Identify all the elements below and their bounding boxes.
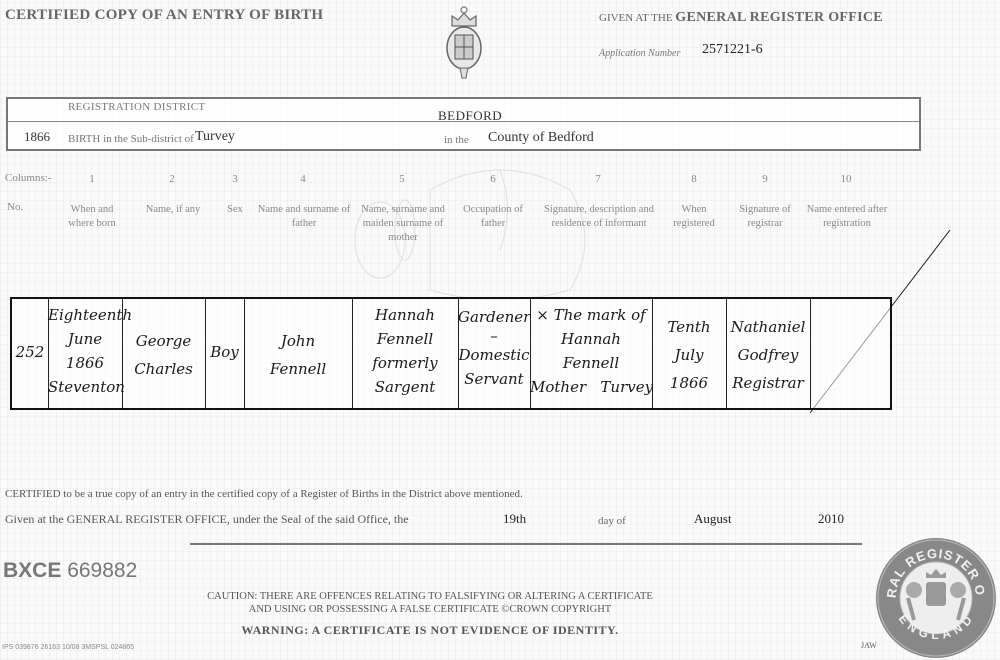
column-header-name-after-registration: Name entered after registration xyxy=(806,203,888,231)
application-number: 2571221-6 xyxy=(702,42,763,58)
entry-father: John Fennell xyxy=(244,327,352,383)
column-header-registrar: Signature of registrar xyxy=(734,203,796,231)
registration-district-label: REGISTRATION DISTRICT xyxy=(68,101,205,113)
informant-first-name: Hannah xyxy=(530,327,652,351)
signature-line xyxy=(190,543,862,545)
father-first-name: John xyxy=(244,327,352,355)
column-number-4: 4 xyxy=(273,173,333,185)
certified-month: August xyxy=(694,511,732,527)
entry-table-row: 252 Eighteenth June 1866 Steventon Georg… xyxy=(10,297,892,410)
caution-line-1: CAUTION: THERE ARE OFFENCES RELATING TO … xyxy=(180,590,680,603)
column-number-6: 6 xyxy=(463,173,523,185)
column-number-9: 9 xyxy=(735,173,795,185)
entry-when-where-born: Eighteenth June 1866 Steventon xyxy=(48,303,122,399)
given-statement: Given at the GENERAL REGISTER OFFICE, un… xyxy=(5,512,409,527)
informant-relation-residence: Mother Turvey xyxy=(530,375,652,399)
column-header-father: Name and surname of father xyxy=(254,203,354,231)
informant-mark: × The mark of xyxy=(530,303,652,327)
entry-name: George Charles xyxy=(122,327,205,383)
occupation-line-3: Servant xyxy=(458,367,530,391)
mother-maiden-name: Sargent xyxy=(352,375,458,399)
registrar-surname: Godfrey xyxy=(726,341,810,369)
given-office: GENERAL REGISTER OFFICE xyxy=(675,10,883,25)
certificate-serial: BXCE 669882 xyxy=(3,559,137,583)
certified-year: 2010 xyxy=(818,511,844,527)
columns-label: Columns:- xyxy=(5,172,51,184)
column-header-name: Name, if any xyxy=(138,203,208,217)
entry-when-registered: Tenth July 1866 xyxy=(652,313,726,397)
entry-mother: Hannah Fennell formerly Sargent xyxy=(352,303,458,399)
registered-month: July xyxy=(652,341,726,369)
occupation-line-2: Domestic xyxy=(458,343,530,367)
father-surname: Fennell xyxy=(244,355,352,383)
column-header-sex: Sex xyxy=(220,203,250,217)
column-header-informant: Signature, description and residence of … xyxy=(538,203,660,231)
column-header-occupation: Occupation of father xyxy=(458,203,528,231)
column-number-3: 3 xyxy=(205,173,265,185)
county-value: County of Bedford xyxy=(488,130,594,146)
informant-surname: Fennell xyxy=(530,351,652,375)
subdistrict-value: Turvey xyxy=(195,129,235,145)
entry-number: 252 xyxy=(12,341,48,363)
birth-month: June xyxy=(48,327,122,351)
entry-sex: Boy xyxy=(205,341,244,363)
registration-district-value: BEDFORD xyxy=(438,108,502,124)
cell-divider xyxy=(810,299,811,408)
mother-surname: Fennell xyxy=(352,327,458,351)
column-header-when-registered: When registered xyxy=(668,203,720,231)
certified-day: 19th xyxy=(503,511,526,527)
mother-formerly: formerly xyxy=(352,351,458,375)
child-middle-name: Charles xyxy=(122,355,205,383)
registration-year: 1866 xyxy=(24,129,50,145)
column-number-5: 5 xyxy=(372,173,432,185)
caution-notice: CAUTION: THERE ARE OFFENCES RELATING TO … xyxy=(180,590,680,616)
mother-first-name: Hannah xyxy=(352,303,458,327)
occupation-dash: – xyxy=(458,329,530,343)
serial-number: 669882 xyxy=(67,559,137,582)
certificate-title: CERTIFIED COPY OF AN ENTRY OF BIRTH xyxy=(5,7,323,24)
entry-registrar: Nathaniel Godfrey Registrar xyxy=(726,313,810,397)
royal-crest-icon xyxy=(444,4,484,82)
column-number-8: 8 xyxy=(664,173,724,185)
column-number-1: 1 xyxy=(62,173,122,185)
registered-year: 1866 xyxy=(652,369,726,397)
column-number-10: 10 xyxy=(816,173,876,185)
given-prefix: GIVEN AT THE xyxy=(599,12,673,24)
print-code: IPS 039876 26163 10/08 3MSPSL 024865 xyxy=(2,644,134,651)
subdistrict-label: BIRTH in the Sub-district of xyxy=(68,133,194,145)
registered-day: Tenth xyxy=(652,313,726,341)
certified-statement: CERTIFIED to be a true copy of an entry … xyxy=(5,488,523,500)
birth-place: Steventon xyxy=(48,375,122,399)
column-number-2: 2 xyxy=(142,173,202,185)
column-number-7: 7 xyxy=(568,173,628,185)
column-header-when-where-born: When and where born xyxy=(62,203,122,231)
registrar-title: Registrar xyxy=(726,369,810,397)
column-header-mother: Name, surname and maiden surname of moth… xyxy=(356,203,450,245)
registrar-first-name: Nathaniel xyxy=(726,313,810,341)
no-label: No. xyxy=(7,201,23,213)
serial-prefix: BXCE xyxy=(3,559,61,582)
day-of-label: day of xyxy=(598,515,626,527)
occupation-line-1: Gardener xyxy=(458,305,530,329)
application-number-label: Application Number xyxy=(599,48,680,59)
birth-day: Eighteenth xyxy=(48,303,122,327)
child-first-name: George xyxy=(122,327,205,355)
general-register-office-seal-icon: GENERAL REGISTER OFFICE ENGLAND xyxy=(874,536,998,660)
birth-year: 1866 xyxy=(48,351,122,375)
given-at-heading: GIVEN AT THE GENERAL REGISTER OFFICE xyxy=(599,10,883,26)
entry-informant: × The mark of Hannah Fennell Mother Turv… xyxy=(530,303,652,399)
entry-occupation: Gardener – Domestic Servant xyxy=(458,305,530,391)
in-the-label: in the xyxy=(444,134,469,146)
caution-line-2: AND USING OR POSSESSING A FALSE CERTIFIC… xyxy=(180,603,680,616)
warning-notice: WARNING: A CERTIFICATE IS NOT EVIDENCE O… xyxy=(180,623,680,638)
